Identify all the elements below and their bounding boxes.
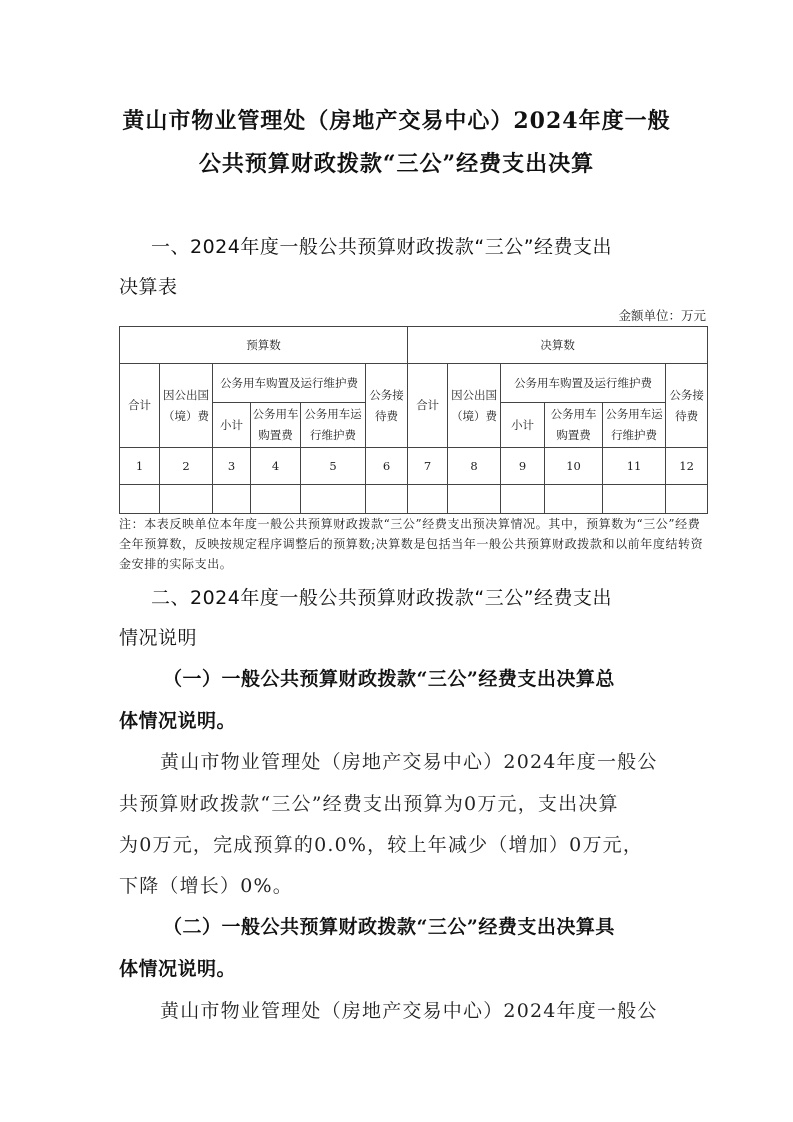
table-cell bbox=[301, 485, 366, 514]
section1-heading-line2: 决算表 bbox=[119, 272, 178, 299]
table-note: 注：本表反映单位本年度一般公共预算财政拨款“三公”经费支出预决算情况。其中，预算… bbox=[119, 514, 709, 574]
subsection1-paragraph-line3: 为0万元，完成预算的0.0%，较上年减少（增加）0万元， bbox=[119, 830, 643, 857]
document-title-line2: 公共预算财政拨款“三公”经费支出决算 bbox=[100, 147, 693, 178]
col-number: 5 bbox=[301, 448, 366, 485]
col-header-subtotal: 小计 bbox=[213, 403, 251, 448]
col-header-vehicle-purchase: 公务用车购置费 bbox=[251, 403, 301, 448]
col-number: 10 bbox=[545, 448, 603, 485]
table-row bbox=[120, 485, 708, 514]
col-number: 11 bbox=[603, 448, 666, 485]
amount-unit-label: 金额单位：万元 bbox=[618, 306, 706, 324]
col-header-vehicle-group: 公务用车购置及运行维护费 bbox=[501, 364, 666, 403]
col-header-subtotal: 小计 bbox=[501, 403, 545, 448]
subsection1-heading-line2: 体情况说明。 bbox=[119, 706, 236, 733]
col-number: 2 bbox=[160, 448, 213, 485]
table-cell bbox=[120, 485, 160, 514]
subsection2-paragraph-line1: 黄山市物业管理处（房地产交易中心）2024年度一般公 bbox=[160, 996, 658, 1023]
column-number-row: 1 2 3 4 5 6 7 8 9 10 11 12 bbox=[120, 448, 708, 485]
col-number: 7 bbox=[408, 448, 448, 485]
table-cell bbox=[448, 485, 501, 514]
col-header-vehicle-group: 公务用车购置及运行维护费 bbox=[213, 364, 366, 403]
col-number: 1 bbox=[120, 448, 160, 485]
col-number: 9 bbox=[501, 448, 545, 485]
table-cell bbox=[545, 485, 603, 514]
col-number: 4 bbox=[251, 448, 301, 485]
section2-heading-line1: 二、2024年度一般公共预算财政拨款“三公”经费支出 bbox=[151, 583, 612, 610]
subsection2-heading-line1: （二）一般公共预算财政拨款“三公”经费支出决算具 bbox=[163, 912, 615, 939]
col-header-total: 合计 bbox=[408, 364, 448, 448]
subsection1-paragraph-line4: 下降（增长）0%。 bbox=[119, 871, 293, 898]
group-header-final: 决算数 bbox=[408, 327, 708, 364]
col-header-vehicle-operation: 公务用车运行维护费 bbox=[301, 403, 366, 448]
subsection1-heading-line1: （一）一般公共预算财政拨款“三公”经费支出决算总 bbox=[163, 664, 615, 691]
section2-heading-line2: 情况说明 bbox=[119, 623, 197, 650]
table-cell bbox=[213, 485, 251, 514]
col-header-reception: 公务接待费 bbox=[666, 364, 708, 448]
col-header-abroad: 因公出国（境）费 bbox=[160, 364, 213, 448]
col-header-reception: 公务接待费 bbox=[366, 364, 408, 448]
col-header-abroad: 因公出国（境）费 bbox=[448, 364, 501, 448]
table-cell bbox=[666, 485, 708, 514]
table-cell bbox=[408, 485, 448, 514]
col-header-vehicle-purchase: 公务用车购置费 bbox=[545, 403, 603, 448]
group-header-budget: 预算数 bbox=[120, 327, 408, 364]
col-header-total: 合计 bbox=[120, 364, 160, 448]
col-number: 12 bbox=[666, 448, 708, 485]
three-public-expenses-table: 预算数 决算数 合计 因公出国（境）费 公务用车购置及运行维护费 公务接待费 合… bbox=[119, 326, 708, 514]
col-number: 3 bbox=[213, 448, 251, 485]
table-cell bbox=[251, 485, 301, 514]
document-page: 黄山市物业管理处（房地产交易中心）2024年度一般 公共预算财政拨款“三公”经费… bbox=[0, 0, 793, 1122]
subsection1-paragraph-line2: 共预算财政拨款“三公”经费支出预算为0万元，支出决算 bbox=[119, 789, 619, 816]
table-cell bbox=[501, 485, 545, 514]
section1-heading-line1: 一、2024年度一般公共预算财政拨款“三公”经费支出 bbox=[151, 232, 612, 259]
subsection2-heading-line2: 体情况说明。 bbox=[119, 954, 236, 981]
col-number: 8 bbox=[448, 448, 501, 485]
subsection1-paragraph-line1: 黄山市物业管理处（房地产交易中心）2024年度一般公 bbox=[160, 747, 658, 774]
table-cell bbox=[366, 485, 408, 514]
col-number: 6 bbox=[366, 448, 408, 485]
table-cell bbox=[160, 485, 213, 514]
col-header-vehicle-operation: 公务用车运行维护费 bbox=[603, 403, 666, 448]
document-title-line1: 黄山市物业管理处（房地产交易中心）2024年度一般 bbox=[100, 104, 693, 135]
table-cell bbox=[603, 485, 666, 514]
